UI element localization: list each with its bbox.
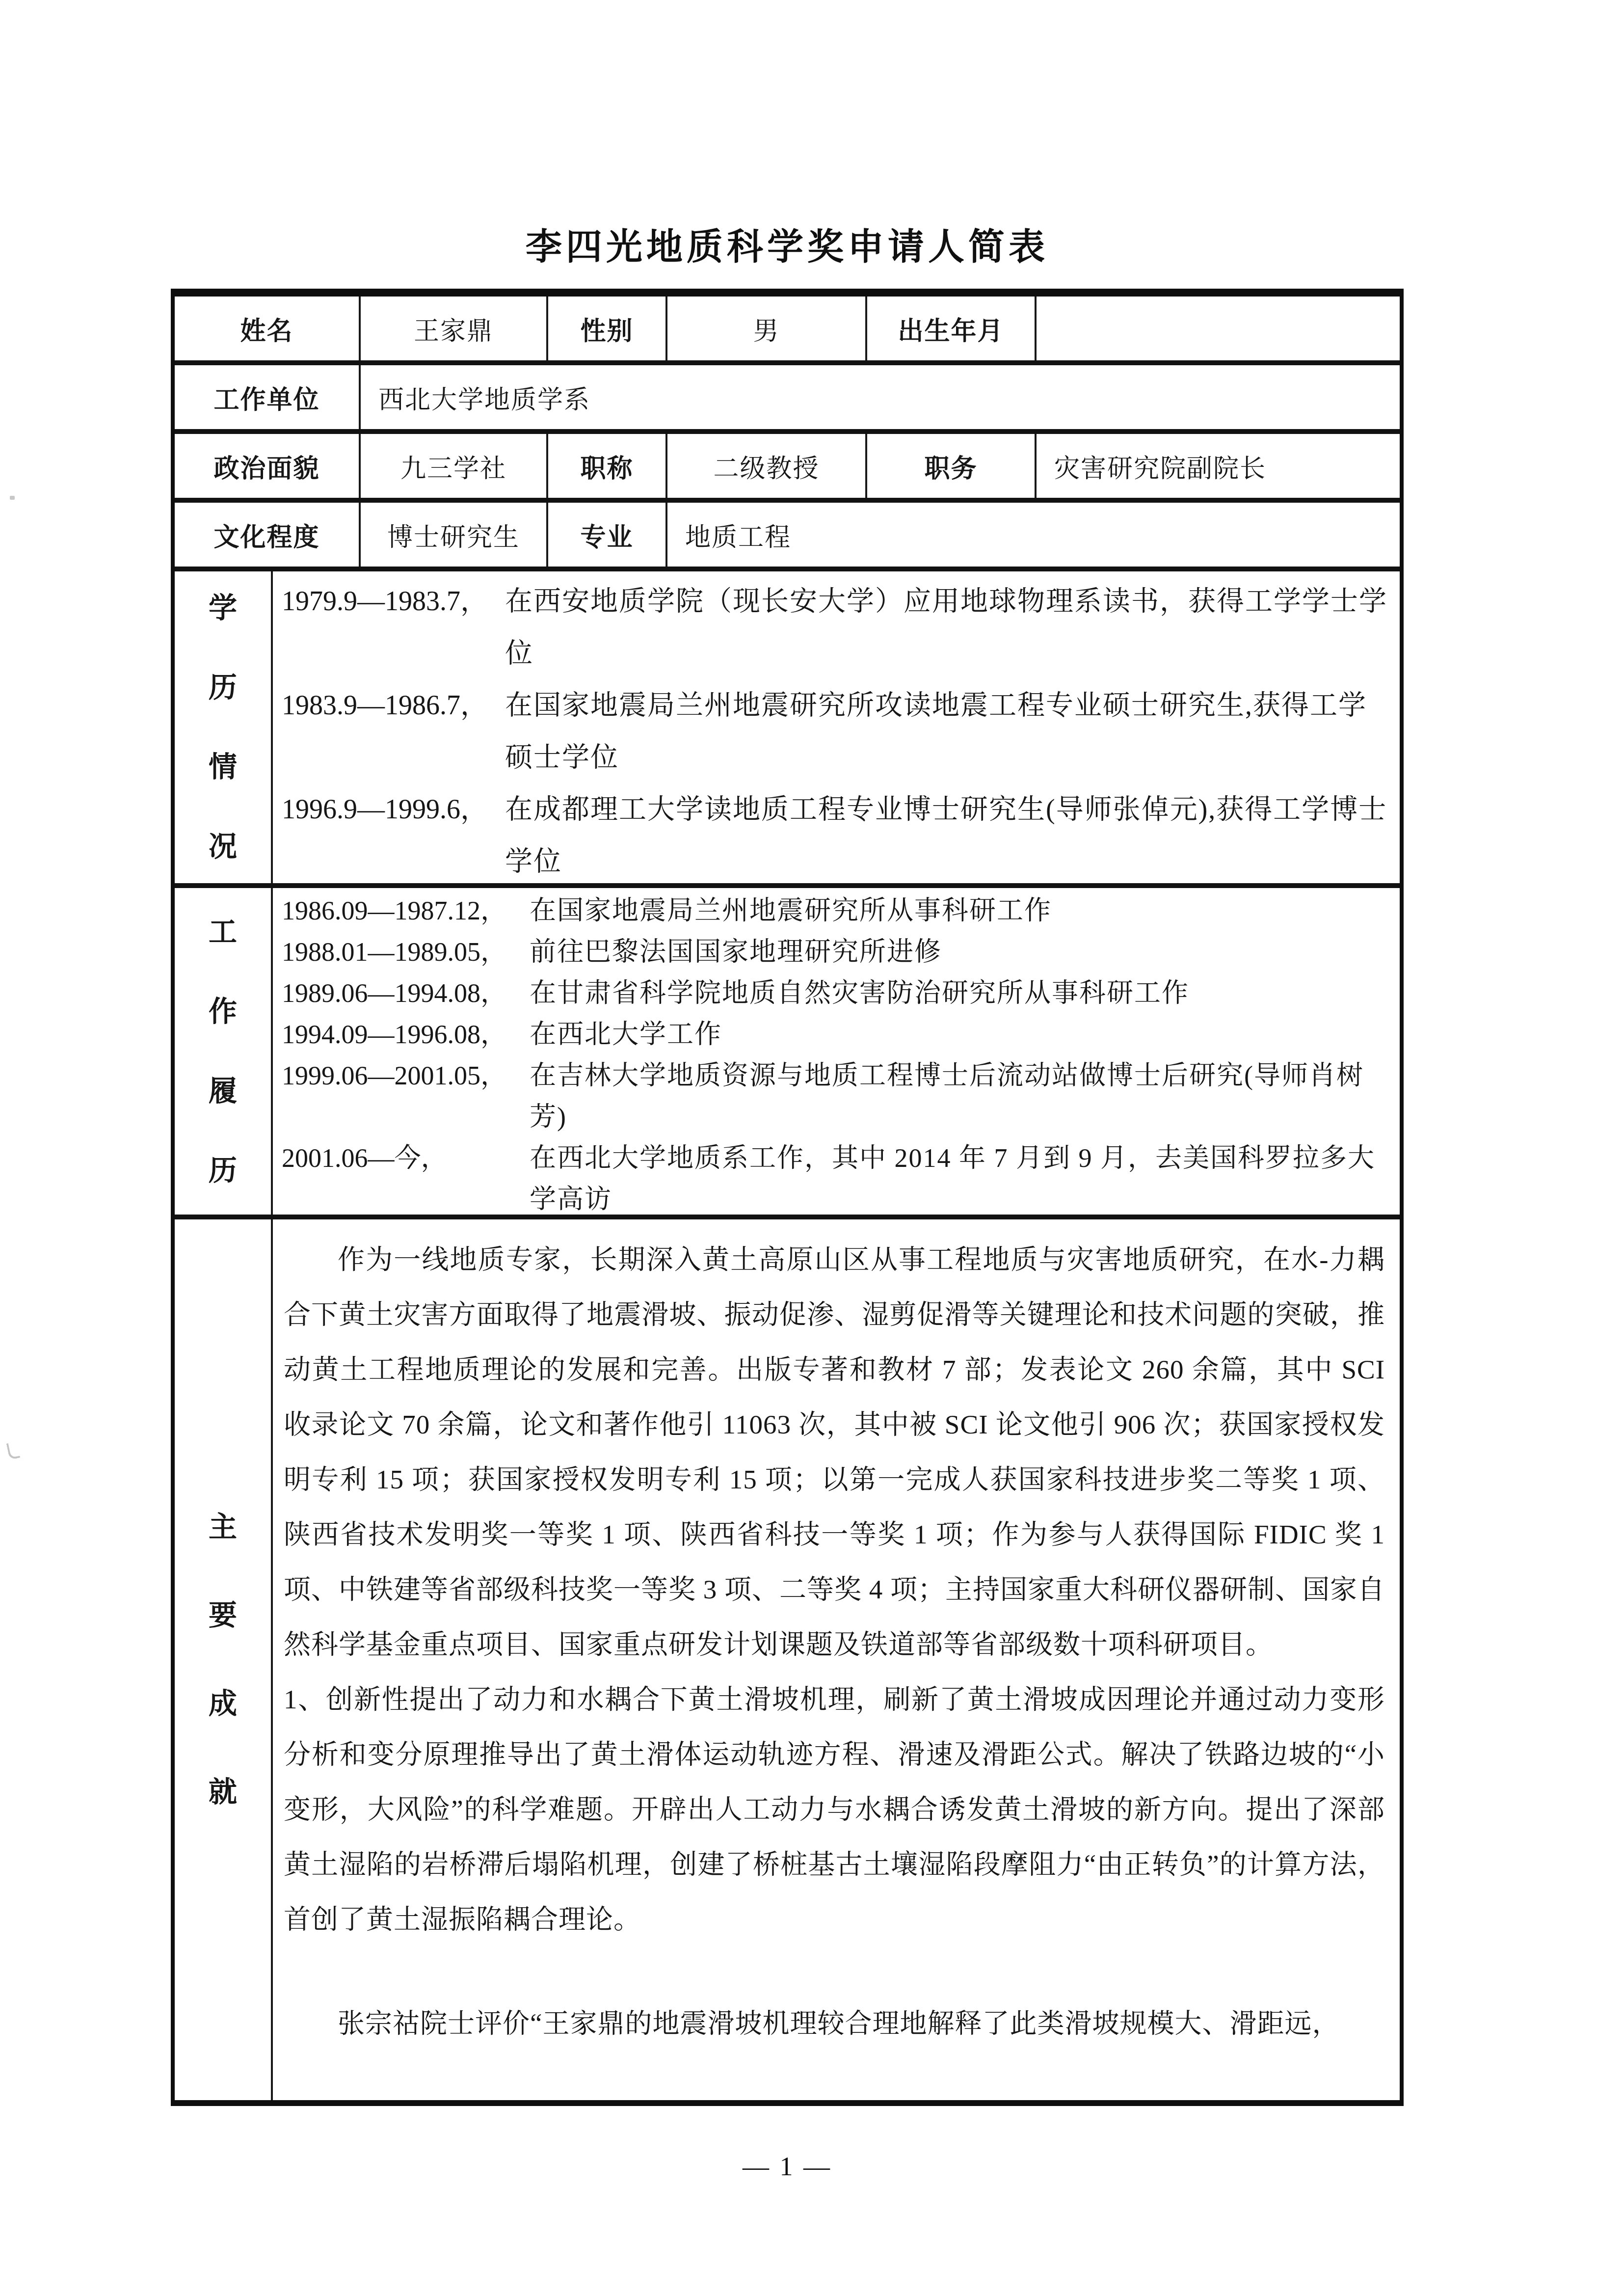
political-value-cell: 九三学社 (361, 434, 548, 498)
section-label-char: 况 (209, 833, 237, 861)
education-entry: 1983.9—1986.7， 在国家地震局兰州地震研究所攻读地震工程专业硕士研究… (282, 679, 1388, 783)
achievement-paragraph: 张宗祜院士评价“王家鼎的地震滑坡机理较合理地解释了此类滑坡规模大、滑距远， (284, 1996, 1385, 2051)
entry-text: 在甘肃省科学院地质自然灾害防治研究所从事科研工作 (530, 972, 1388, 1014)
education-entry: 1996.9—1999.6， 在成都理工大学读地质工程专业博士研究生(导师张倬元… (282, 783, 1388, 883)
education-level-value-cell: 博士研究生 (361, 503, 548, 567)
entry-date: 1989.06—1994.08， (282, 972, 530, 1014)
work-unit-label-cell: 工作单位 (175, 365, 361, 429)
prof-title-label-cell: 职称 (548, 434, 667, 498)
education-entry: 1979.9—1983.7， 在西安地质学院（现长安大学）应用地球物理系读书，获… (282, 575, 1388, 679)
achievements-section: 主 要 成 就 作为一线地质专家，长期深入黄土高原山区从事工程地质与灾害地质研究… (175, 1219, 1400, 2100)
scan-artifact (10, 496, 15, 500)
career-section: 工 作 履 历 1986.09—1987.12， 在国家地震局兰州地震研究所从事… (175, 888, 1400, 1219)
row-political-title-position: 政治面貌 九三学社 职称 二级教授 职务 灾害研究院副院长 (175, 434, 1400, 503)
education-section-label: 学 历 情 况 (175, 571, 273, 883)
entry-text: 在吉林大学地质资源与地质工程博士后流动站做博士后研究(导师肖树芳) (530, 1055, 1388, 1137)
entry-date: 1986.09—1987.12， (282, 890, 530, 931)
career-entry: 1989.06—1994.08， 在甘肃省科学院地质自然灾害防治研究所从事科研工… (282, 972, 1388, 1014)
section-label-char: 就 (209, 1778, 237, 1807)
section-label-char: 主 (209, 1513, 237, 1541)
birth-value-cell (1037, 297, 1400, 360)
major-label-cell: 专业 (548, 503, 667, 567)
career-entry: 1986.09—1987.12， 在国家地震局兰州地震研究所从事科研工作 (282, 890, 1388, 931)
education-entries: 1979.9—1983.7， 在西安地质学院（现长安大学）应用地球物理系读书，获… (273, 571, 1400, 883)
career-section-label: 工 作 履 历 (175, 888, 273, 1215)
entry-text: 在国家地震局兰州地震研究所攻读地震工程专业硕士研究生,获得工学硕士学位 (505, 679, 1388, 783)
entry-date: 1988.01—1989.05， (282, 931, 530, 972)
achievement-paragraph: 作为一线地质专家，长期深入黄土高原山区从事工程地质与灾害地质研究，在水-力耦合下… (284, 1232, 1385, 1672)
position-value-cell: 灾害研究院副院长 (1037, 434, 1400, 498)
career-entries: 1986.09—1987.12， 在国家地震局兰州地震研究所从事科研工作 198… (273, 888, 1400, 1215)
education-level-label-cell: 文化程度 (175, 503, 361, 567)
name-value-cell: 王家鼎 (361, 297, 548, 360)
section-label-char: 情 (209, 753, 237, 782)
entry-date: 1979.9—1983.7， (282, 575, 505, 679)
career-entry: 2001.06—今， 在西北大学地质系工作，其中 2014 年 7 月到 9 月… (282, 1137, 1388, 1215)
gender-label-cell: 性别 (548, 297, 667, 360)
birth-label-cell: 出生年月 (867, 297, 1037, 360)
entry-date: 1994.09—1996.08， (282, 1014, 530, 1055)
section-label-char: 历 (209, 674, 237, 702)
name-label-cell: 姓名 (175, 297, 361, 360)
career-entry: 1994.09—1996.08， 在西北大学工作 (282, 1014, 1388, 1055)
section-label-char: 学 (209, 594, 237, 622)
row-work-unit: 工作单位 西北大学地质学系 (175, 365, 1400, 434)
entry-date: 1983.9—1986.7， (282, 679, 505, 783)
entry-date: 1996.9—1999.6， (282, 783, 505, 883)
scan-artifact (6, 1441, 21, 1460)
section-label-char: 工 (209, 918, 237, 946)
achievement-paragraph: 1、创新性提出了动力和水耦合下黄土滑坡机理，刷新了黄土滑坡成因理论并通过动力变形… (284, 1672, 1385, 1947)
work-unit-value-cell: 西北大学地质学系 (361, 365, 1400, 429)
entry-text: 在西北大学工作 (530, 1014, 1388, 1055)
achievement-paragraphs: 作为一线地质专家，长期深入黄土高原山区从事工程地质与灾害地质研究，在水-力耦合下… (273, 1219, 1400, 2100)
row-education-major: 文化程度 博士研究生 专业 地质工程 (175, 503, 1400, 571)
row-basic-info: 姓名 王家鼎 性别 男 出生年月 (175, 297, 1400, 365)
position-label-cell: 职务 (867, 434, 1037, 498)
career-entry: 1999.06—2001.05， 在吉林大学地质资源与地质工程博士后流动站做博士… (282, 1055, 1388, 1137)
entry-text: 在国家地震局兰州地震研究所从事科研工作 (530, 890, 1388, 931)
scanned-document-page: 李四光地质科学奖申请人简表 姓名 王家鼎 性别 男 出生年月 工作单位 西北大学… (0, 0, 1623, 2296)
major-value-cell: 地质工程 (667, 503, 1400, 567)
section-label-char: 要 (209, 1601, 237, 1630)
education-section: 学 历 情 况 1979.9—1983.7， 在西安地质学院（现长安大学）应用地… (175, 571, 1400, 888)
entry-text: 前往巴黎法国国家地理研究所进修 (530, 931, 1388, 972)
gender-value-cell: 男 (667, 297, 867, 360)
achievements-section-label: 主 要 成 就 (175, 1219, 273, 2100)
entry-text: 在西安地质学院（现长安大学）应用地球物理系读书，获得工学学士学位 (505, 575, 1388, 679)
entry-text: 在成都理工大学读地质工程专业博士研究生(导师张倬元),获得工学博士学位 (505, 783, 1388, 883)
applicant-info-table: 姓名 王家鼎 性别 男 出生年月 工作单位 西北大学地质学系 政治面貌 九三学社… (171, 289, 1404, 2106)
section-label-char: 历 (209, 1157, 237, 1185)
page-title: 李四光地质科学奖申请人简表 (171, 218, 1404, 270)
section-label-char: 作 (209, 998, 237, 1026)
entry-date: 1999.06—2001.05， (282, 1055, 530, 1137)
prof-title-value-cell: 二级教授 (667, 434, 867, 498)
section-label-char: 成 (209, 1690, 237, 1718)
page-number: — 1 — (171, 2151, 1404, 2182)
political-label-cell: 政治面貌 (175, 434, 361, 498)
career-entry: 1988.01—1989.05， 前往巴黎法国国家地理研究所进修 (282, 931, 1388, 972)
section-label-char: 履 (209, 1077, 237, 1106)
entry-date: 2001.06—今， (282, 1137, 530, 1215)
entry-text: 在西北大学地质系工作，其中 2014 年 7 月到 9 月，去美国科罗拉多大学高… (530, 1137, 1388, 1215)
